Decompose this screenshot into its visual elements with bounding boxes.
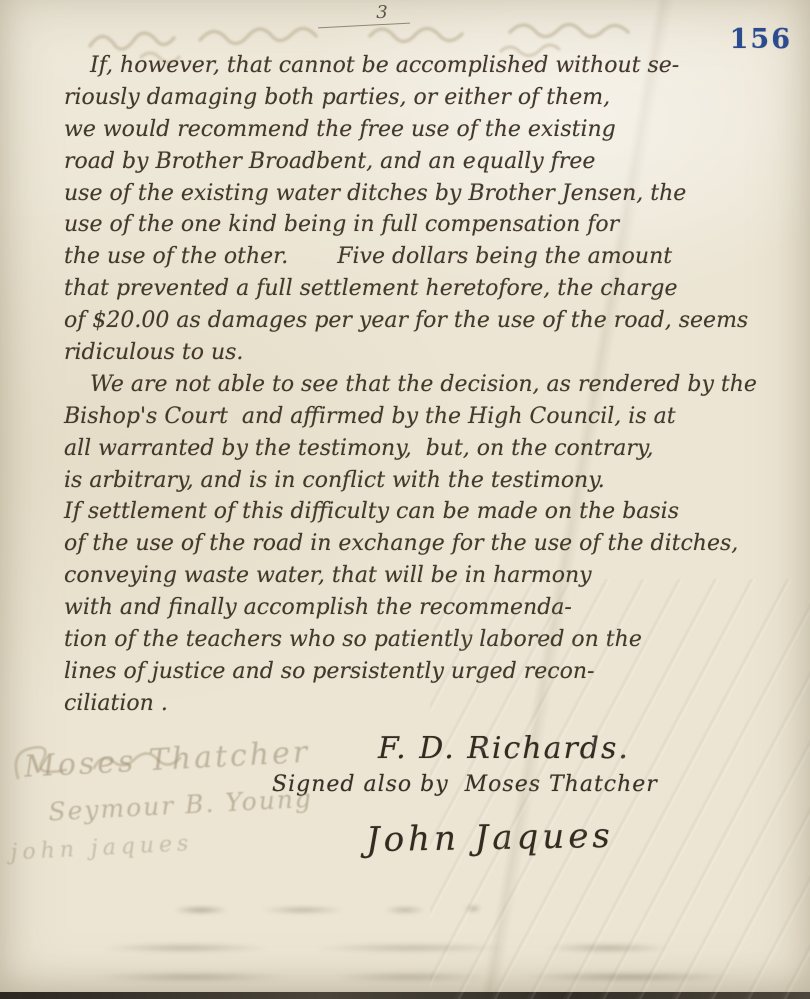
manuscript-line: use of the existing water ditches by Bro… [64,178,780,210]
ink-smudge [150,903,490,917]
manuscript-line: tion of the teachers who so patiently la… [64,624,780,656]
manuscript-line: we would recommend the free use of the e… [64,114,780,146]
manuscript-line: is arbitrary, and is in conflict with th… [64,465,780,497]
ghost-flourish-marks [4,738,264,798]
manuscript-line: conveying waste water, that will be in h… [64,560,780,592]
manuscript-line: use of the one kind being in full compen… [64,209,780,241]
signature-f-d-richards: F. D. Richards. [378,731,630,766]
ink-smudge [55,938,705,958]
manuscript-line: road by Brother Broadbent, and an equall… [64,146,780,178]
manuscript-line: all warranted by the testimony, but, on … [64,433,780,465]
letter-body: If, however, that cannot be accomplished… [64,50,780,720]
manuscript-line: lines of justice and so persistently urg… [64,656,780,688]
page-number-underline [318,23,410,29]
manuscript-line: with and finally accomplish the recommen… [64,592,780,624]
signature-john-jaques: John Jaques [366,816,615,860]
ink-smudge [70,968,750,986]
ghost-signatures: Moses Thatcher Seymour B. Young john jaq… [5,733,341,865]
manuscript-line: of the use of the road in exchange for t… [64,528,780,560]
manuscript-line: of $20.00 as damages per year for the us… [64,305,780,337]
manuscript-line: If settlement of this difficulty can be … [64,496,780,528]
scan-bottom-edge [0,992,810,999]
signature-note-moses-thatcher: Signed also by Moses Thatcher [272,772,658,797]
manuscript-line: ciliation . [64,688,780,720]
manuscript-line: the use of the other. Five dollars being… [64,241,780,273]
manuscript-line: Bishop's Court and affirmed by the High … [64,401,780,433]
manuscript-page: 3 156 If, however, that cannot be accomp… [0,0,810,999]
manuscript-line: riously damaging both parties, or either… [64,82,780,114]
ghost-signature-john-jaques: john jaques [10,823,341,865]
manuscript-line: that prevented a full settlement heretof… [64,273,780,305]
manuscript-line: ridiculous to us. [64,337,780,369]
manuscript-line: We are not able to see that the decision… [64,369,780,401]
manuscript-line: If, however, that cannot be accomplished… [64,50,780,82]
page-number: 3 [347,2,417,23]
